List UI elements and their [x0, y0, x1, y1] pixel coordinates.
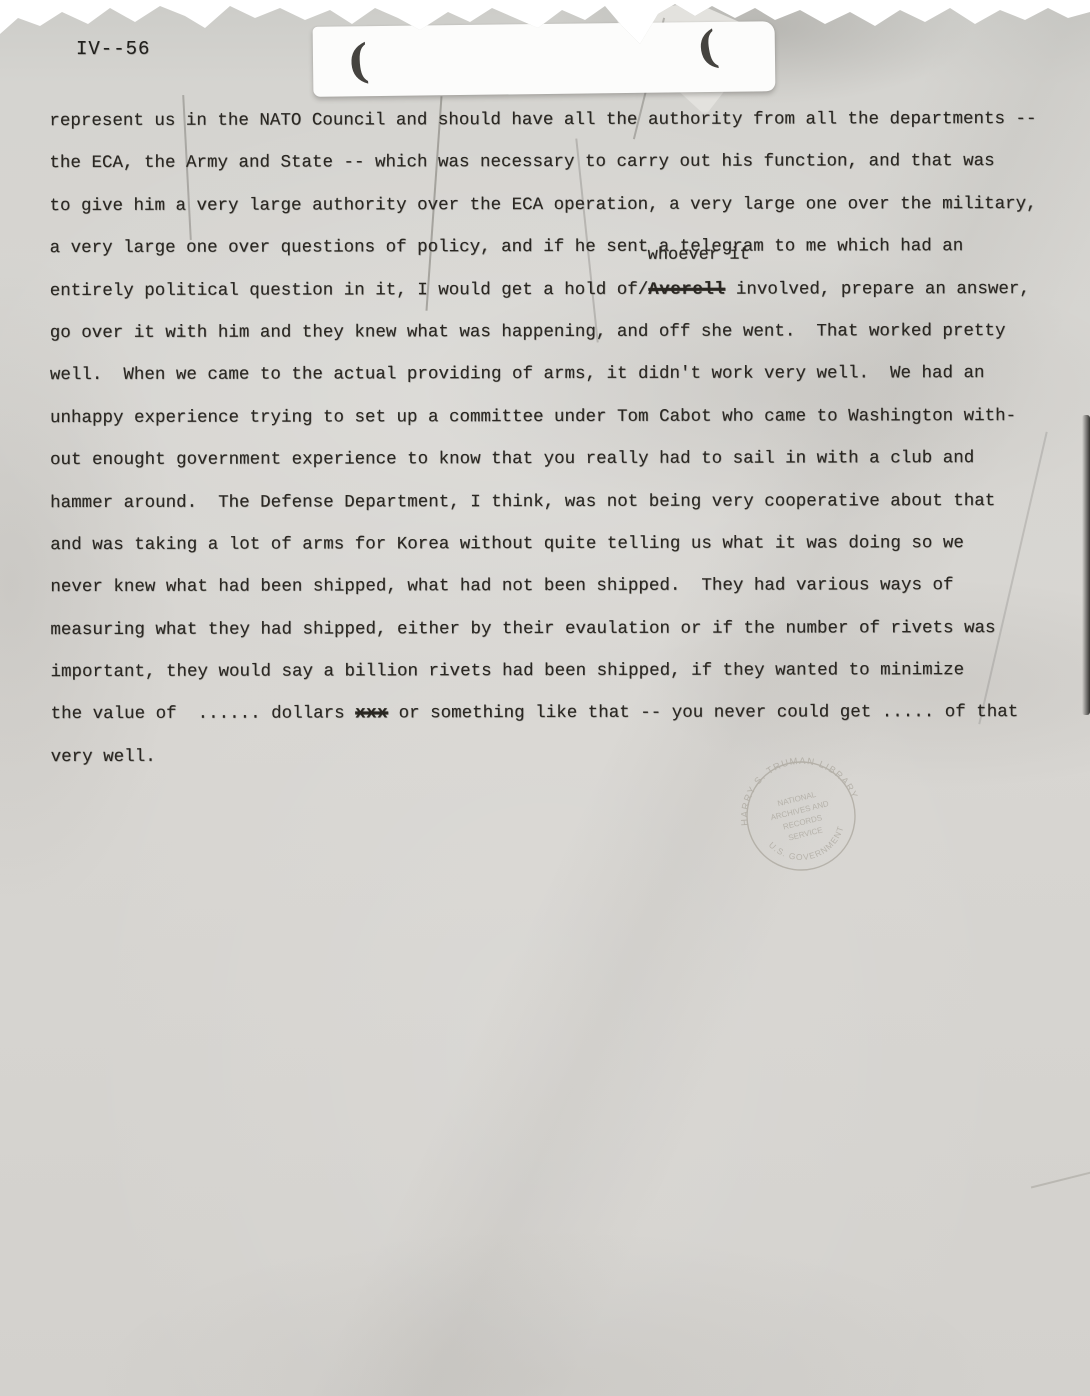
text-line: the ECA, the Army and State -- which was… [49, 140, 1074, 185]
line-segment: or something like that -- you never coul… [388, 703, 1018, 724]
document-body: represent us in the NATO Council and sho… [49, 98, 1075, 778]
text-line: represent us in the NATO Council and sho… [49, 98, 1074, 143]
scanned-page: ( ( IV--56 represent us in the NATO Coun… [0, 0, 1090, 1396]
line-segment: the value of ...... dollars [51, 704, 356, 725]
page-number: IV--56 [76, 38, 150, 60]
text-line: out enought government experience to kno… [50, 437, 1075, 482]
text-line: and was taking a lot of arms for Korea w… [50, 522, 1075, 567]
tape-strip: ( ( [313, 21, 776, 97]
text-line: a very large one over questions of polic… [50, 225, 1075, 270]
text-line: unhappy experience trying to set up a co… [50, 395, 1075, 440]
line-segment: involved, prepare an answer, [725, 279, 1030, 300]
text-line: very well. [51, 734, 1076, 779]
text-line: to give him a very large authority over … [49, 183, 1074, 228]
punch-hole-right-icon: ( [693, 26, 721, 73]
text-line: never knew what had been shipped, what h… [50, 564, 1075, 609]
text-line-with-correction: whoever itentirely political question in… [50, 267, 1075, 312]
text-line-with-correction: the value of ...... dollars xxx or somet… [51, 691, 1076, 736]
struck-out-text: Averell [648, 279, 725, 299]
paper-sheet: ( ( IV--56 represent us in the NATO Coun… [0, 0, 1090, 1396]
text-line: well. When we came to the actual providi… [50, 352, 1075, 397]
struck-out-text: xxx [355, 704, 388, 724]
punch-hole-left-icon: ( [345, 37, 370, 85]
text-line: hammer around. The Defense Department, I… [50, 479, 1075, 524]
text-line: go over it with him and they knew what w… [50, 310, 1075, 355]
paper-wrinkle-crease [1031, 1170, 1090, 1189]
line-segment: entirely political question in it, I wou… [50, 279, 649, 300]
text-line: measuring what they had shipped, either … [50, 607, 1075, 652]
text-line: important, they would say a billion rive… [50, 649, 1075, 694]
typed-insertion: whoever it [648, 246, 750, 263]
torn-right-edge-shadow [1082, 415, 1090, 715]
